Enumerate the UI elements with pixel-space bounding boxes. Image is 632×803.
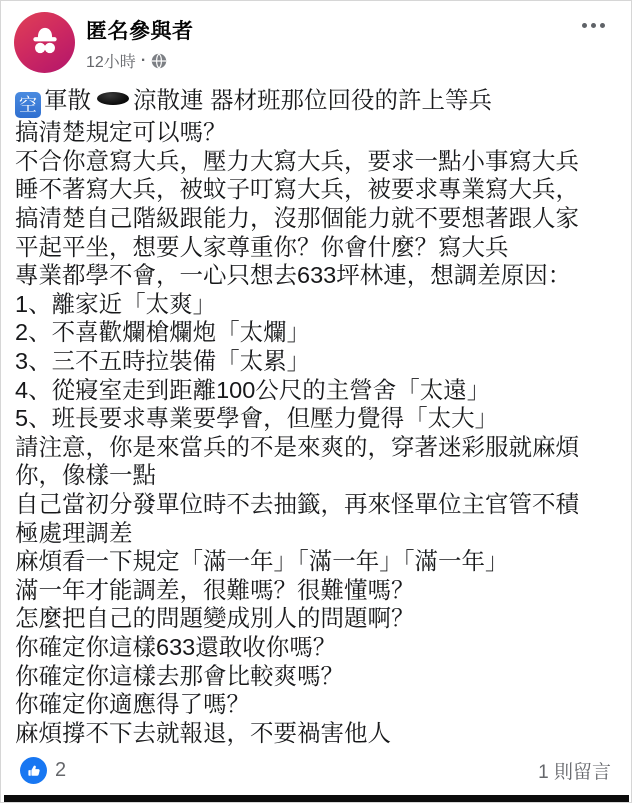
avatar[interactable] [14, 12, 75, 73]
bottom-bar [4, 795, 629, 802]
post-line: 5、班長要求專業要學會，但壓力覺得「太大」 [15, 404, 617, 433]
like-count: 2 [55, 759, 66, 782]
post-line: 2、不喜歡爛槍爛炮「太爛」 [15, 318, 617, 347]
incognito-icon [25, 20, 65, 65]
post-text: 軍散 [44, 87, 91, 113]
post-line: 你確定你適應得了嗎？ [15, 690, 617, 719]
post-line: 自己當初分發單位時不去抽籤，再來怪單位主官管不積 [15, 490, 617, 519]
post-line: 怎麼把自己的問題變成別人的問題啊？ [15, 604, 617, 633]
post-line: 睡不著寫大兵，被蚊子叮寫大兵，被要求專業寫大兵， [15, 175, 617, 204]
post-body: 空軍散涼散連 器材班那位回役的許上等兵 搞清楚規定可以嗎？不合你意寫大兵，壓力大… [1, 78, 631, 747]
timestamp[interactable]: 12小時 [86, 49, 136, 72]
post-meta: 12小時 · [86, 49, 194, 72]
black-cloud-emoji [97, 92, 129, 105]
reactions-summary[interactable]: 2 [20, 757, 66, 784]
post-line: 麻煩看一下規定「滿一年」「滿一年」「滿一年」 [15, 547, 617, 576]
ellipsis-icon [600, 23, 605, 28]
post-line: 你確定你這樣633還敢收你嗎？ [15, 633, 617, 662]
facebook-anonymous-post: 匿名參與者 12小時 · 空軍散涼散連 器材班那位回役的許上等兵 搞清楚規定可以… [0, 0, 632, 803]
post-line: 你確定你這樣去那會比較爽嗎？ [15, 662, 617, 691]
post-line: 你，像樣一點 [15, 461, 617, 490]
post-line: 3、三不五時拉裝備「太累」 [15, 347, 617, 376]
post-line: 請注意，你是來當兵的不是來爽的，穿著迷彩服就麻煩 [15, 433, 617, 462]
post-line: 平起平坐，想要人家尊重你？你會什麼？寫大兵 [15, 233, 617, 262]
post-line: 滿一年才能調差，很難嗎？很難懂嗎？ [15, 576, 617, 605]
post-footer: 2 1 則留言 [1, 757, 631, 784]
post-line: 搞清楚規定可以嗎？ [15, 118, 617, 147]
ellipsis-icon [582, 23, 587, 28]
sky-vacancy-emoji: 空 [15, 92, 41, 118]
post-body-lines: 搞清楚規定可以嗎？不合你意寫大兵，壓力大寫大兵，要求一點小事寫大兵睡不著寫大兵，… [15, 118, 617, 747]
post-line: 極處理調差 [15, 519, 617, 548]
comment-count[interactable]: 1 則留言 [538, 757, 611, 784]
globe-icon [151, 52, 167, 69]
post-line: 專業都學不會，一心只想去633坪林連，想調差原因： [15, 261, 617, 290]
post-header: 匿名參與者 12小時 · [1, 1, 631, 73]
header-text: 匿名參與者 12小時 · [86, 12, 194, 72]
more-options-button[interactable] [580, 17, 607, 34]
post-first-line: 空軍散涼散連 器材班那位回役的許上等兵 [15, 86, 617, 118]
post-text: 涼散連 器材班那位回役的許上等兵 [133, 87, 492, 113]
post-line: 4、從寢室走到距離100公尺的主營舍「太遠」 [15, 376, 617, 405]
post-line: 麻煩撐不下去就報退，不要禍害他人 [15, 719, 617, 748]
post-line: 搞清楚自己階級跟能力，沒那個能力就不要想著跟人家 [15, 204, 617, 233]
meta-separator: · [141, 52, 146, 70]
author-name[interactable]: 匿名參與者 [86, 15, 194, 45]
ellipsis-icon [591, 23, 596, 28]
post-line: 不合你意寫大兵，壓力大寫大兵，要求一點小事寫大兵 [15, 147, 617, 176]
like-icon [20, 757, 47, 784]
post-line: 1、離家近「太爽」 [15, 290, 617, 319]
